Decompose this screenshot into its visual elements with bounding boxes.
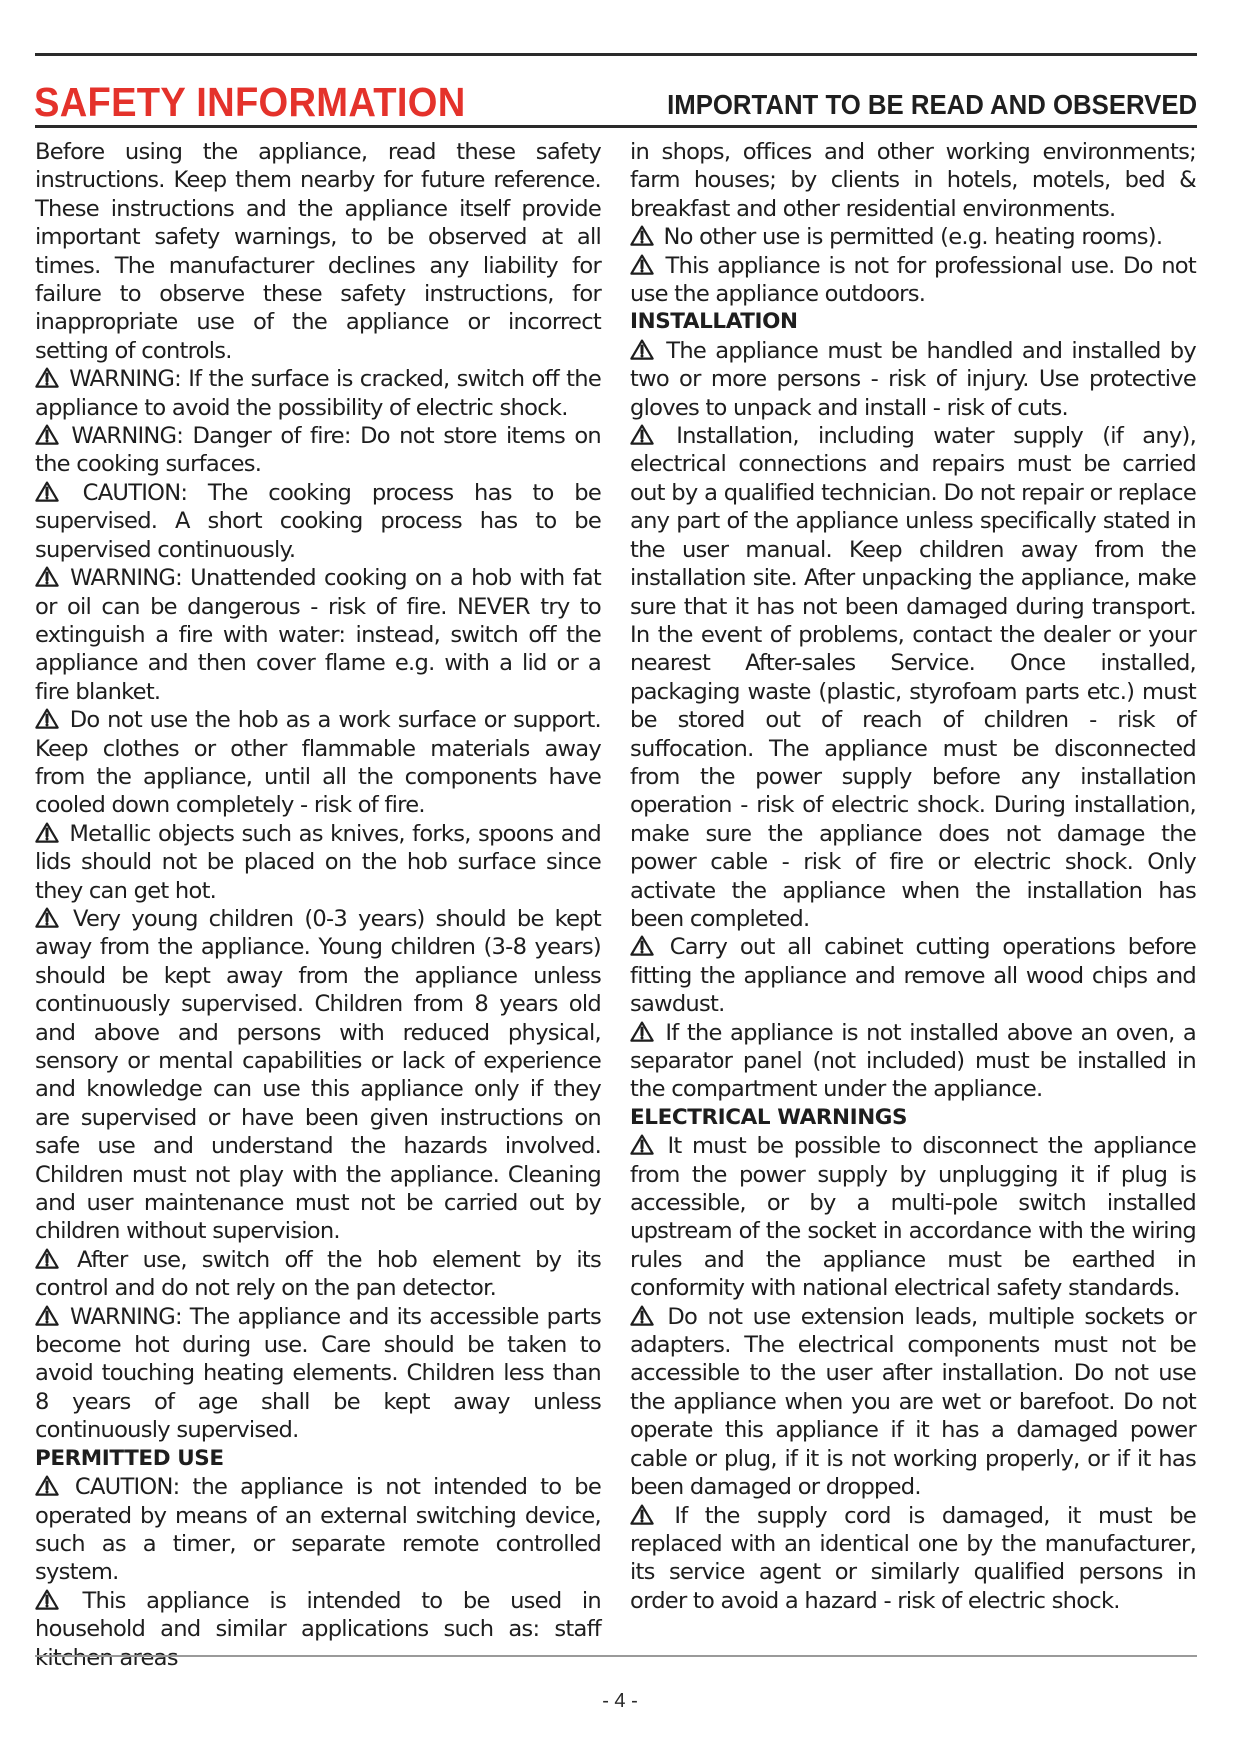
warning-triangle-icon	[35, 367, 59, 388]
warning-item: Do not use the hob as a work surface or …	[35, 706, 601, 820]
warning-item: CAUTION: The cooking process has to be s…	[35, 479, 601, 564]
header-rule	[35, 125, 1197, 128]
warning-triangle-icon	[630, 935, 654, 956]
warning-triangle-icon	[35, 907, 59, 928]
item-text: If the supply cord is damaged, it must b…	[630, 1503, 1196, 1614]
heading-text: PERMITTED USE	[35, 1446, 224, 1471]
section-heading: PERMITTED USE	[35, 1445, 601, 1473]
warning-triangle-icon	[630, 225, 654, 246]
item-text: The appliance must be handled and instal…	[630, 338, 1196, 421]
item-text: Do not use extension leads, multiple soc…	[630, 1304, 1196, 1500]
right-column: in shops, offices and other working envi…	[630, 138, 1196, 1615]
page-subtitle: IMPORTANT TO BE READ AND OBSERVED	[667, 88, 1197, 122]
page-number: - 4 -	[0, 1690, 1240, 1713]
warning-triangle-icon	[35, 424, 59, 445]
heading-text: ELECTRICAL WARNINGS	[630, 1105, 907, 1130]
warning-item: Installation, including water supply (if…	[630, 422, 1196, 933]
item-text: Installation, including water supply (if…	[630, 423, 1196, 932]
warning-triangle-icon	[630, 1504, 654, 1525]
warning-triangle-icon	[630, 1134, 654, 1155]
item-text: CAUTION: the appliance is not intended t…	[35, 1474, 601, 1585]
warning-triangle-icon	[35, 481, 59, 502]
warning-triangle-icon	[630, 1305, 654, 1326]
item-text: Carry out all cabinet cutting operations…	[630, 934, 1196, 1017]
item-text: No other use is permitted (e.g. heating …	[663, 224, 1162, 250]
item-text: If the appliance is not installed above …	[630, 1020, 1196, 1103]
item-text: WARNING: If the surface is cracked, swit…	[35, 366, 601, 420]
warning-item: WARNING: Unattended cooking on a hob wit…	[35, 564, 601, 706]
warning-triangle-icon	[35, 1248, 59, 1269]
paragraph: Before using the appliance, read these s…	[35, 138, 601, 365]
section-heading: ELECTRICAL WARNINGS	[630, 1104, 1196, 1132]
warning-item: This appliance is not for professional u…	[630, 252, 1196, 309]
left-column: Before using the appliance, read these s…	[35, 138, 601, 1672]
warning-item: WARNING: The appliance and its accessibl…	[35, 1303, 601, 1445]
item-text: CAUTION: The cooking process has to be s…	[35, 480, 601, 563]
warning-item: Very young children (0-3 years) should b…	[35, 905, 601, 1246]
warning-item: If the supply cord is damaged, it must b…	[630, 1502, 1196, 1616]
warning-item: After use, switch off the hob element by…	[35, 1246, 601, 1303]
warning-triangle-icon	[35, 1589, 59, 1610]
warning-item: CAUTION: the appliance is not intended t…	[35, 1473, 601, 1587]
paragraph: in shops, offices and other working envi…	[630, 138, 1196, 223]
warning-item: Do not use extension leads, multiple soc…	[630, 1303, 1196, 1502]
warning-triangle-icon	[630, 424, 654, 445]
item-text: After use, switch off the hob element by…	[35, 1247, 601, 1301]
heading-text: INSTALLATION	[630, 309, 798, 334]
warning-triangle-icon	[630, 339, 654, 360]
warning-triangle-icon	[35, 708, 59, 729]
warning-item: This appliance is intended to be used in…	[35, 1587, 601, 1672]
top-rule	[35, 53, 1197, 56]
warning-triangle-icon	[35, 1475, 59, 1496]
item-text: in shops, offices and other working envi…	[630, 139, 1196, 222]
item-text: WARNING: Danger of fire: Do not store it…	[35, 423, 601, 477]
warning-triangle-icon	[35, 822, 59, 843]
warning-item: WARNING: Danger of fire: Do not store it…	[35, 422, 601, 479]
item-text: WARNING: Unattended cooking on a hob wit…	[35, 565, 601, 705]
warning-item: WARNING: If the surface is cracked, swit…	[35, 365, 601, 422]
item-text: Do not use the hob as a work surface or …	[35, 707, 601, 818]
warning-item: No other use is permitted (e.g. heating …	[630, 223, 1196, 251]
warning-triangle-icon	[35, 1305, 59, 1326]
page-title: SAFETY INFORMATION	[34, 78, 466, 126]
warning-item: Metallic objects such as knives, forks, …	[35, 820, 601, 905]
warning-triangle-icon	[630, 254, 654, 275]
item-text: Very young children (0-3 years) should b…	[35, 906, 601, 1244]
warning-triangle-icon	[630, 1021, 654, 1042]
warning-item: The appliance must be handled and instal…	[630, 337, 1196, 422]
warning-item: It must be possible to disconnect the ap…	[630, 1132, 1196, 1302]
section-heading: INSTALLATION	[630, 308, 1196, 336]
item-text: It must be possible to disconnect the ap…	[630, 1133, 1196, 1301]
footer-rule	[35, 1655, 1197, 1657]
item-text: This appliance is not for professional u…	[630, 253, 1196, 307]
warning-item: Carry out all cabinet cutting operations…	[630, 933, 1196, 1018]
item-text: Metallic objects such as knives, forks, …	[35, 821, 601, 904]
item-text: This appliance is intended to be used in…	[35, 1588, 601, 1671]
warning-item: If the appliance is not installed above …	[630, 1019, 1196, 1104]
item-text: Before using the appliance, read these s…	[35, 139, 601, 364]
warning-triangle-icon	[35, 566, 59, 587]
item-text: WARNING: The appliance and its accessibl…	[35, 1304, 601, 1444]
